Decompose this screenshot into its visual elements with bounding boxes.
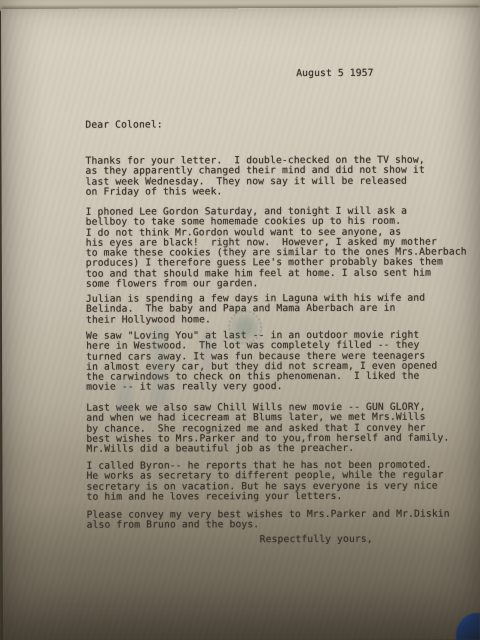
ink-smudge	[150, 326, 168, 406]
letter-closing: Respectfully yours,	[260, 535, 373, 546]
letter-paragraph-2: I phoned Lee Gordon Saturday, and tonigh…	[86, 207, 467, 291]
letter-paragraph-5: Last week we also saw Chill Wills new mo…	[86, 403, 449, 456]
faded-stamp-mark-icon	[228, 310, 262, 344]
letter-paragraph-4: We saw "Loving You" at last -- in an out…	[86, 331, 437, 394]
letter-paragraph-1: Thanks for your letter. I double-checked…	[85, 156, 424, 198]
letter-paragraph-7: Please convey my very best wishes to Mrs…	[87, 510, 450, 532]
letter-paper: August 5 1957 Dear Colonel: Thanks for y…	[1, 7, 480, 640]
letter-paragraph-6: I called Byron-- he reports that he has …	[86, 461, 443, 503]
ink-smudge	[116, 379, 132, 413]
ink-smudge	[202, 328, 212, 374]
letter-salutation: Dear Colonel:	[85, 120, 162, 131]
letter-date: August 5 1957	[296, 69, 373, 80]
photo-of-letter: August 5 1957 Dear Colonel: Thanks for y…	[0, 0, 480, 640]
